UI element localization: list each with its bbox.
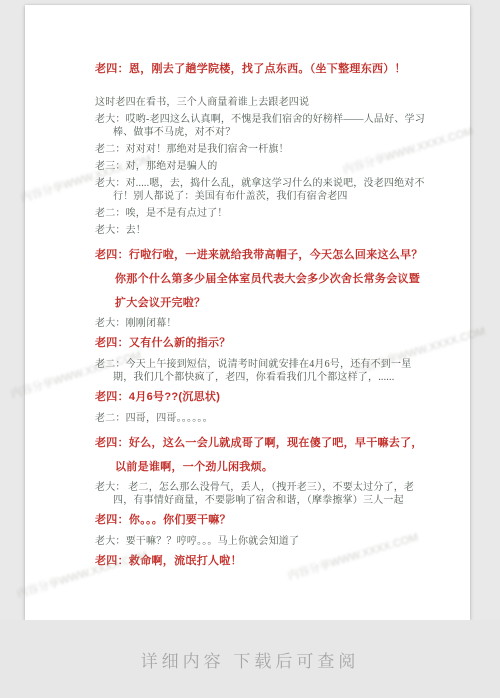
document-page: 老四：恩，刚去了趟学院楼，找了点东西。（坐下整理东西）！ 这时老四在看书，三个人…: [25, 5, 470, 620]
dialogue-line: 老二：唉，是不是有点过了！: [95, 207, 427, 220]
dialogue-line-red: 老四：好么，这么一会儿就成哥了啊，现在傻了吧，早干嘛去了，以前是谁啊，一个劲儿闲…: [95, 431, 427, 479]
dialogue-line: 老大： 老二，怎么那么没骨气，丢人，（拽开老三），不要太过分了，老四，有事情好商…: [95, 481, 427, 507]
dialogue-line: 这时老四在看书，三个人商量着谁上去跟老四说: [95, 96, 427, 109]
dialogue-line: 老大：去！: [95, 224, 427, 237]
dialogue-line-red: 老四：你。。。你们要干嘛？: [95, 513, 427, 527]
dialogue-line-red: 老四：又有什么新的指示？: [95, 336, 427, 350]
dialogue-line: 老三：对，那绝对是骗人的: [95, 160, 427, 173]
dialogue-line: 老二：四哥，四哥。。。。。。: [95, 412, 427, 425]
dialogue-line-red: 老四：恩，刚去了趟学院楼，找了点东西。（坐下整理东西）！: [95, 62, 427, 76]
download-hint-text: 详细内容 下载后可查阅: [141, 647, 360, 672]
download-hint-bar: 详细内容 下载后可查阅: [0, 620, 500, 698]
dialogue-line-red: 老四：行啦行啦，一进来就给我带高帽子，今天怎么回来这么早？你那个什么第多少届全体…: [95, 243, 427, 315]
dialogue-line: 老二：今天上午接到短信，说清考时间就安排在4月6号，还有不到一星期，我们几个都快…: [95, 358, 427, 384]
dialogue-line: 老大：哎哟-老四这么认真啊，不愧是我们宿舍的好榜样——人品好、学习棒、做事不马虎…: [95, 113, 427, 139]
dialogue-line-red: 老四：4月6号??(沉思状): [95, 390, 427, 404]
dialogue-line: 老大：对.....嗯，去，捣什么乱，就拿这学习什么的来说吧，没老四绝对不行！别人…: [95, 177, 427, 203]
script-dialogue: 老四：恩，刚去了趟学院楼，找了点东西。（坐下整理东西）！ 这时老四在看书，三个人…: [95, 62, 427, 576]
preview-background: 老四：恩，刚去了趟学院楼，找了点东西。（坐下整理东西）！ 这时老四在看书，三个人…: [0, 0, 500, 698]
dialogue-line: 老大：要干嘛？？哼哼。。。马上你就会知道了: [95, 535, 427, 548]
dialogue-line-red: 老四：救命啊，流氓打人啦！: [95, 554, 427, 568]
dialogue-line: 老大：刚刚闭幕！: [95, 317, 427, 330]
dialogue-line: 老二：对对对！那绝对是我们宿舍一杆旗！: [95, 143, 427, 156]
